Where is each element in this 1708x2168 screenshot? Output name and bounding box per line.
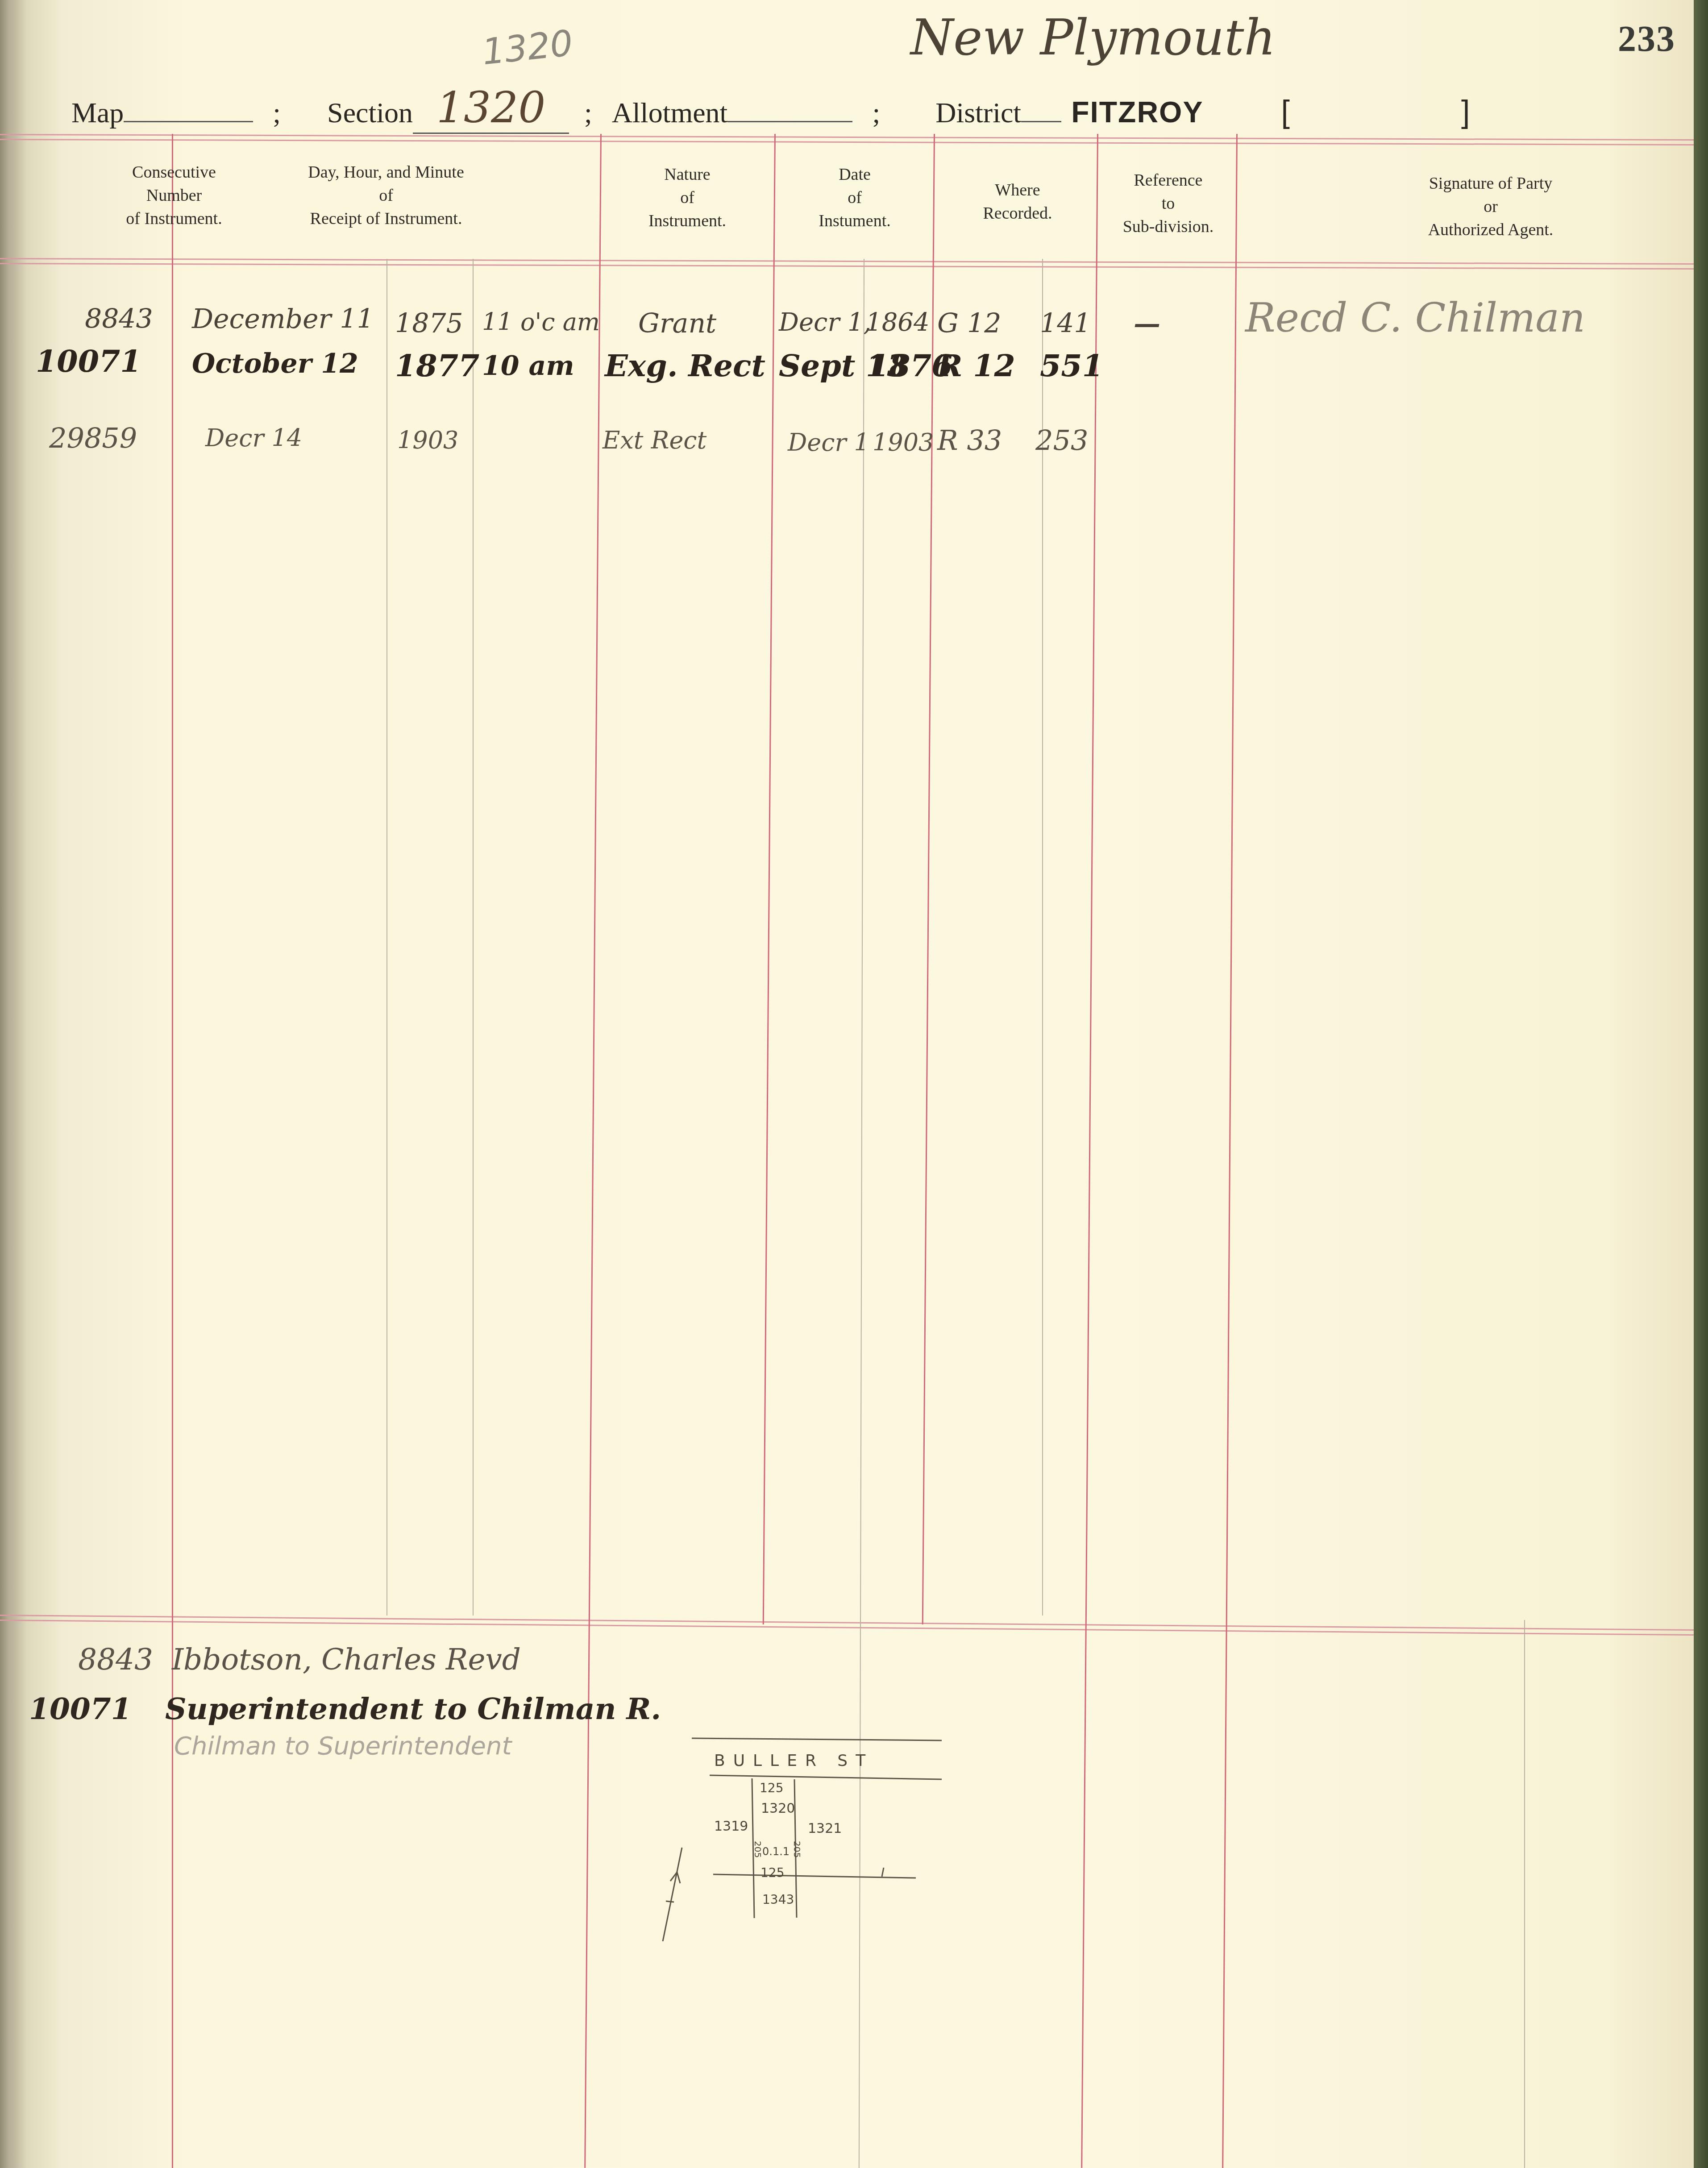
owner-number: 10071 [29, 1691, 132, 1726]
bracket-close: ] [1461, 94, 1470, 129]
pencil-note: Chilman to Superintendent [174, 1732, 511, 1761]
street-name: BULLER ST [714, 1752, 873, 1770]
district-value: FITZROY [1071, 96, 1203, 129]
owner-number: 8843 [78, 1642, 153, 1677]
receipt-month-day: October 12 [192, 348, 358, 379]
separator: ; [584, 97, 592, 129]
bottom-frontage: 125 [760, 1865, 784, 1880]
subdivision-ref: — [1134, 308, 1160, 339]
section-field[interactable]: 1320 [413, 83, 569, 134]
column-header-receipt: Day, Hour, and MinuteofReceipt of Instru… [176, 161, 596, 230]
rule-lower-sub [1524, 1620, 1525, 2168]
locality-handwritten: New Plymouth [910, 9, 1276, 66]
owner-name: Ibbotson, Charles Revd [172, 1642, 521, 1677]
allotment-label: Allotment [612, 97, 728, 129]
nature: Ext Rect [603, 426, 706, 454]
column-header-where: WhereRecorded. [937, 179, 1098, 225]
recorded-register: G 12 [937, 308, 1001, 339]
recorded-folio: 253 [1035, 424, 1088, 457]
left-depth: 205 [752, 1841, 763, 1858]
book-cover-edge [1694, 0, 1708, 2168]
rule-sub-year [386, 259, 387, 1616]
receipt-year: 1877 [395, 348, 479, 384]
instrument-date: Decr 1 [788, 428, 869, 457]
nature: Exg. Rect [605, 348, 765, 384]
allotment-field[interactable] [727, 121, 852, 122]
pencil-section-note: 1320 [480, 22, 575, 73]
nature: Grant [638, 308, 716, 339]
receipt-month-day: December 11 [192, 303, 374, 335]
entry-number: 29859 [49, 422, 137, 454]
separator: ; [872, 97, 880, 129]
section-number: 1320 [761, 1801, 795, 1816]
sketch-map: BULLER ST 125 1320 1319 1321 205 205 0.1… [661, 1718, 1018, 1941]
top-frontage: 125 [760, 1781, 783, 1795]
column-header-nature: NatureofInstrument. [603, 163, 772, 233]
right-neighbour: 1321 [808, 1821, 842, 1836]
rule-lower-divider [0, 1615, 1694, 1636]
right-depth: 205 [792, 1841, 802, 1858]
section-label: Section [327, 97, 413, 129]
recorded-folio: 551 [1040, 348, 1103, 384]
rear-neighbour: 1343 [762, 1892, 794, 1907]
entry-number: 8843 [85, 303, 153, 335]
rule-sub-time [473, 259, 474, 1616]
receipt-year: 1903 [397, 426, 458, 454]
column-header-date: DateofInstument. [777, 163, 933, 233]
district-label: District [935, 97, 1021, 129]
map-field[interactable] [124, 121, 253, 122]
signature: Recd C. Chilman [1245, 295, 1585, 341]
rule-sub-folio [1042, 259, 1043, 1616]
recorded-register: R 33 [937, 424, 1002, 457]
left-neighbour: 1319 [714, 1819, 748, 1834]
recorded-register: R 12 [937, 348, 1015, 384]
recorded-folio: 141 [1040, 308, 1091, 339]
instrument-year: 1864 [866, 308, 930, 337]
column-header-reference: ReferencetoSub-division. [1100, 169, 1236, 238]
column-header-signature: Signature of PartyorAuthorized Agent. [1241, 172, 1694, 241]
header-fields: Map ; Section1320 ; Allotment ; District… [71, 83, 1470, 134]
rule-top [0, 134, 1694, 145]
area: 0.1.1 [762, 1845, 790, 1858]
separator: ; [273, 97, 281, 129]
map-label: Map [71, 97, 124, 129]
receipt-time: 11 o'c am [482, 308, 600, 336]
book-binding-shadow [0, 0, 27, 2168]
instrument-date: Decr 1, [779, 308, 871, 337]
receipt-time: 10 am [482, 350, 574, 382]
entry-number: 10071 [36, 344, 141, 379]
bracket-open: [ [1281, 94, 1289, 129]
receipt-year: 1875 [395, 308, 463, 339]
owner-name: Superintendent to Chilman R. [165, 1691, 661, 1726]
rule-col-signature [1222, 134, 1238, 2168]
instrument-year: 1903 [873, 428, 934, 457]
page-number: 233 [1618, 18, 1675, 60]
rule-col-number [172, 134, 173, 2168]
rule-col-nature [584, 134, 602, 2168]
ledger-page: 1320 New Plymouth 233 Map ; Section1320 … [0, 0, 1694, 2168]
rule-header-bottom [0, 258, 1694, 270]
receipt-month-day: Decr 14 [205, 424, 302, 452]
